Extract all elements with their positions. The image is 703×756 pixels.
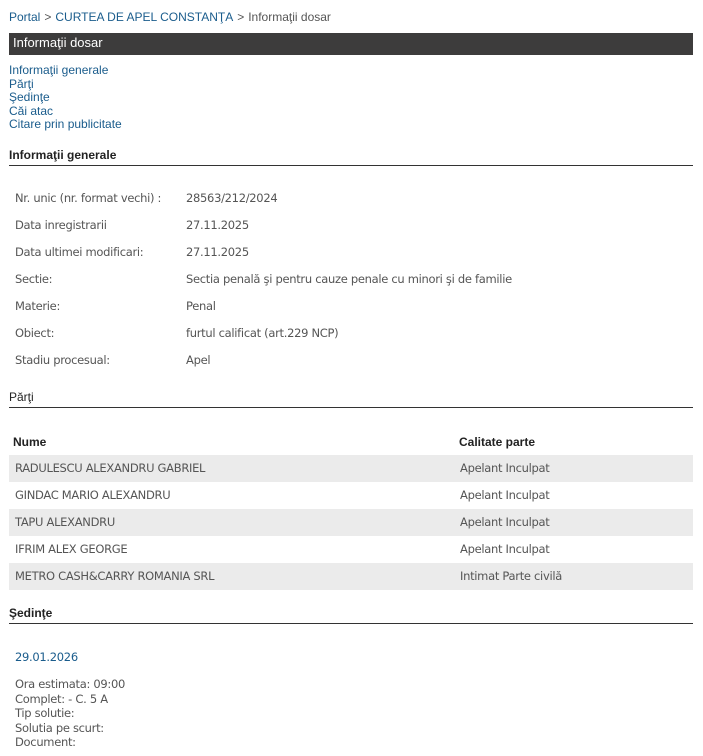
party-name: IFRIM ALEX GEORGE xyxy=(15,542,127,556)
info-value: Penal xyxy=(186,299,216,313)
column-header-name: Nume xyxy=(13,435,46,449)
info-value: Apel xyxy=(186,353,210,367)
breadcrumb-separator: > xyxy=(44,10,51,24)
info-value: 27.11.2025 xyxy=(186,218,249,232)
info-label: Obiect: xyxy=(15,326,186,340)
info-row-object: Obiect:furtul calificat (art.229 NCP) xyxy=(15,326,338,340)
session-solution-type: Tip solutie: xyxy=(15,706,125,721)
parties-table-header: Nume Calitate parte xyxy=(9,433,693,453)
page-title: Informaţii dosar xyxy=(9,33,693,55)
info-row-registration-date: Data inregistrarii27.11.2025 xyxy=(15,218,249,232)
section-heading-sessions: Şedinţe xyxy=(9,606,693,624)
session-date: 29.01.2026 xyxy=(15,650,78,664)
party-role: Apelant Inculpat xyxy=(460,461,549,475)
session-estimated-time: Ora estimata: 09:00 xyxy=(15,677,125,692)
party-name: TAPU ALEXANDRU xyxy=(15,515,115,529)
info-value: 27.11.2025 xyxy=(186,245,249,259)
session-document: Document: xyxy=(15,735,125,750)
party-name: GINDAC MARIO ALEXANDRU xyxy=(15,488,170,502)
session-panel: Complet: - C. 5 A xyxy=(15,692,125,707)
info-row-section: Sectie:Sectia penală şi pentru cauze pen… xyxy=(15,272,512,286)
info-label: Sectie: xyxy=(15,272,186,286)
party-role: Apelant Inculpat xyxy=(460,515,549,529)
table-row: RADULESCU ALEXANDRU GABRIEL Apelant Incu… xyxy=(9,455,693,482)
column-header-role: Calitate parte xyxy=(459,435,535,449)
info-row-case-number: Nr. unic (nr. format vechi) :28563/212/2… xyxy=(15,191,277,205)
table-row: METRO CASH&CARRY ROMANIA SRL Intimat Par… xyxy=(9,563,693,590)
table-row: IFRIM ALEX GEORGE Apelant Inculpat xyxy=(9,536,693,563)
info-label: Stadiu procesual: xyxy=(15,353,186,367)
info-row-stage: Stadiu procesual:Apel xyxy=(15,353,210,367)
info-label: Data inregistrarii xyxy=(15,218,186,232)
party-role: Intimat Parte civilă xyxy=(460,569,562,583)
info-value: Sectia penală şi pentru cauze penale cu … xyxy=(186,272,512,286)
info-row-matter: Materie:Penal xyxy=(15,299,216,313)
section-heading-parties: Părţi xyxy=(9,390,693,408)
breadcrumb: Portal>CURTEA DE APEL CONSTANŢA>Informaţ… xyxy=(9,10,331,24)
info-label: Data ultimei modificari: xyxy=(15,245,186,259)
party-name: RADULESCU ALEXANDRU GABRIEL xyxy=(15,461,205,475)
breadcrumb-court[interactable]: CURTEA DE APEL CONSTANŢA xyxy=(55,10,233,24)
session-details: Ora estimata: 09:00 Complet: - C. 5 A Ti… xyxy=(15,677,125,750)
breadcrumb-separator: > xyxy=(237,10,244,24)
section-heading-general-info: Informaţii generale xyxy=(9,148,693,166)
info-value: furtul calificat (art.229 NCP) xyxy=(186,326,338,340)
info-value: 28563/212/2024 xyxy=(186,191,277,205)
nav-link-general-info[interactable]: Informaţii generale xyxy=(9,64,122,78)
table-row: TAPU ALEXANDRU Apelant Inculpat xyxy=(9,509,693,536)
table-row: GINDAC MARIO ALEXANDRU Apelant Inculpat xyxy=(9,482,693,509)
info-row-last-modified: Data ultimei modificari:27.11.2025 xyxy=(15,245,249,259)
section-nav: Informaţii generale Părţi Şedinţe Căi at… xyxy=(9,64,122,132)
breadcrumb-portal[interactable]: Portal xyxy=(9,10,40,24)
party-role: Apelant Inculpat xyxy=(460,542,549,556)
nav-link-sessions[interactable]: Şedinţe xyxy=(9,91,122,105)
session-solution-summary: Solutia pe scurt: xyxy=(15,721,125,736)
party-name: METRO CASH&CARRY ROMANIA SRL xyxy=(15,569,214,583)
nav-link-public-summons[interactable]: Citare prin publicitate xyxy=(9,118,122,132)
party-role: Apelant Inculpat xyxy=(460,488,549,502)
info-label: Materie: xyxy=(15,299,186,313)
nav-link-parties[interactable]: Părţi xyxy=(9,78,122,92)
breadcrumb-current: Informaţii dosar xyxy=(248,10,331,24)
nav-link-appeals[interactable]: Căi atac xyxy=(9,105,122,119)
info-label: Nr. unic (nr. format vechi) : xyxy=(15,191,186,205)
